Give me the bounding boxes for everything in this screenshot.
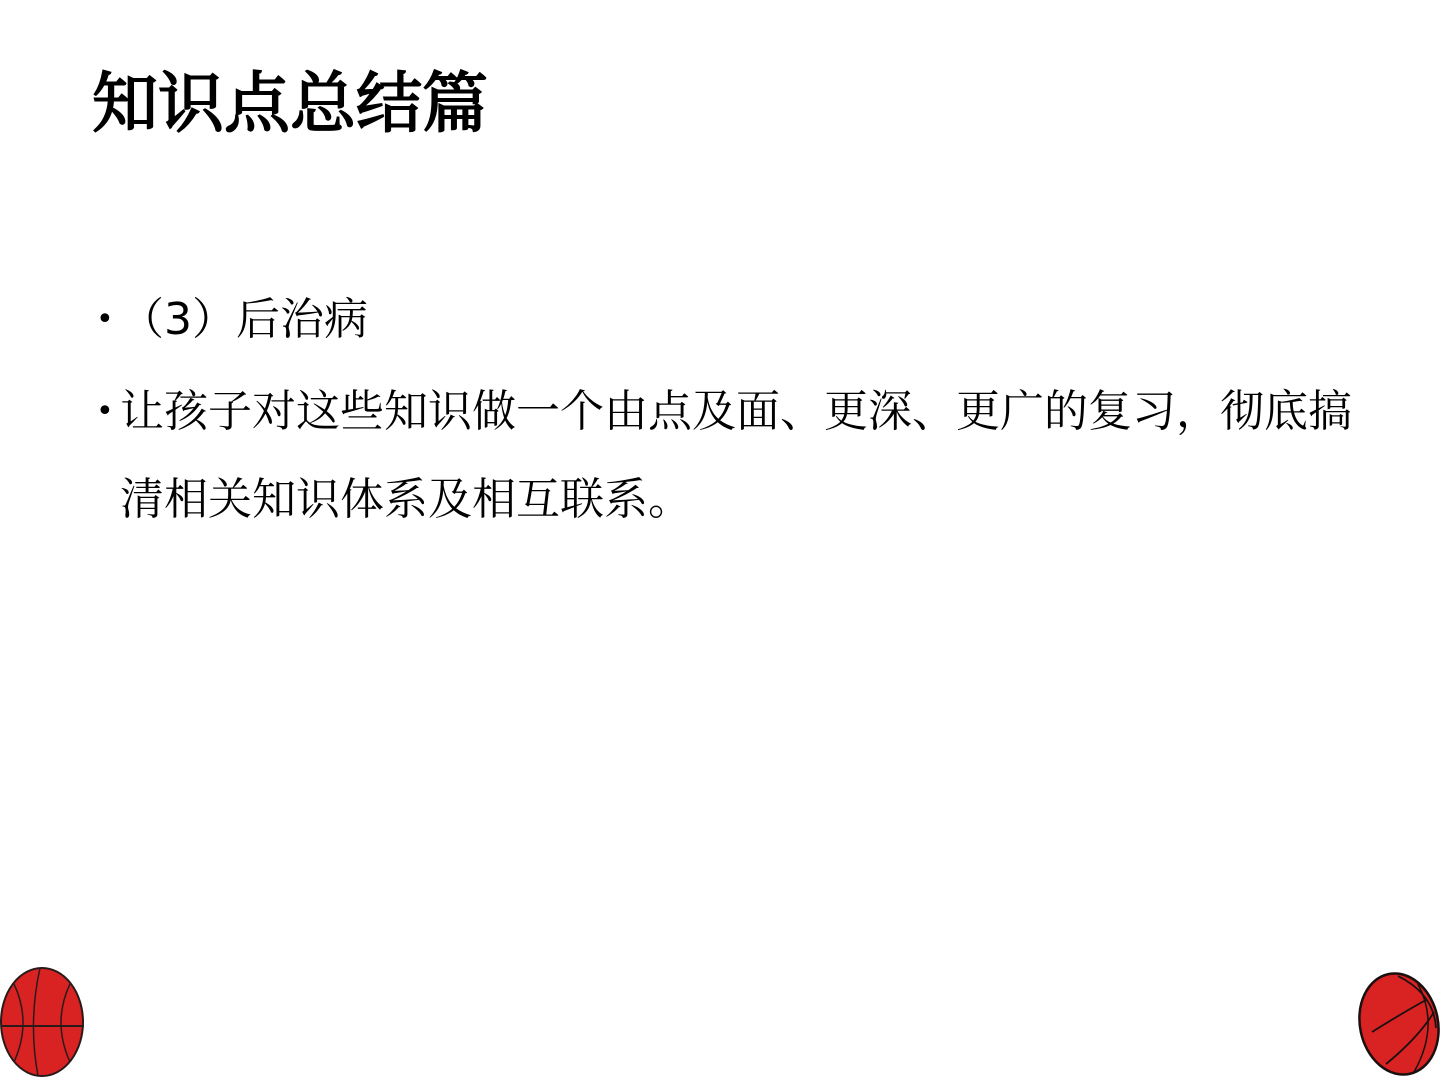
bullet-text: （3）后治病 [120, 290, 1392, 350]
bullet-marker: • [96, 290, 114, 350]
bullet-marker: • [96, 368, 114, 456]
bullet-text: 让孩子对这些知识做一个由点及面、更深、更广的复习，彻底搞清相关知识体系及相互联系… [120, 368, 1392, 544]
slide-title: 知识点总结篇 [92, 62, 488, 146]
bullet-item: • 让孩子对这些知识做一个由点及面、更深、更广的复习，彻底搞清相关知识体系及相互… [92, 368, 1392, 544]
bullet-list: • （3）后治病 • 让孩子对这些知识做一个由点及面、更深、更广的复习，彻底搞清… [92, 290, 1392, 544]
basketball-icon [1354, 966, 1440, 1078]
slide: 知识点总结篇 • （3）后治病 • 让孩子对这些知识做一个由点及面、更深、更广的… [0, 0, 1440, 1080]
basketball-icon [0, 966, 88, 1078]
bullet-item: • （3）后治病 [92, 290, 1392, 350]
